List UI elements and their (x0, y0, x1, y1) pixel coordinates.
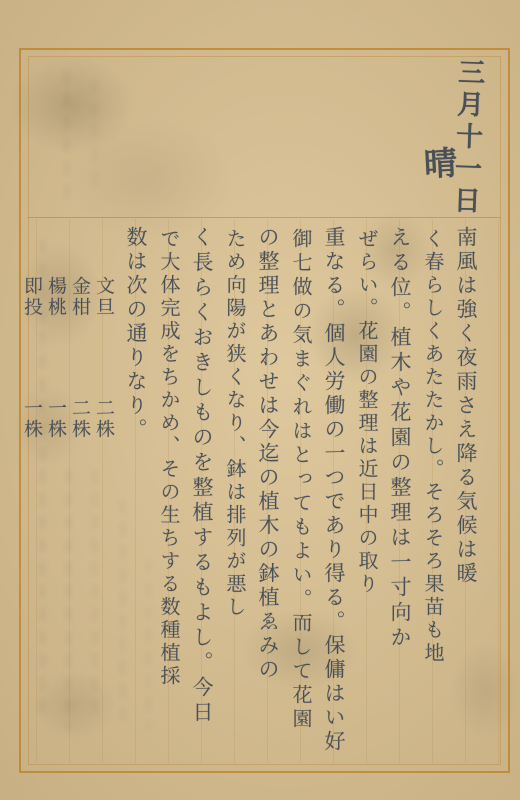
list-item-name: 文旦 (93, 276, 115, 319)
list-item: 文旦 二株 (92, 276, 116, 757)
ink-bleed-ghost (92, 80, 97, 190)
list-item-quantity: 一株 (45, 398, 67, 441)
list-item-name: 金柑 (69, 276, 91, 319)
ink-bleed-ghost (64, 70, 69, 200)
handwriting-column: く春らしくあたたかし。そろそろ果苗も地 (416, 228, 449, 764)
diary-page: 三月十一日 晴 南風は強く夜雨さえ降る気候は暖 く春らしくあたたかし。そろそろ果… (0, 0, 520, 800)
handwriting-column: える位。植木や花園の整理は一寸向か (383, 226, 416, 762)
handwriting-column: ため向陽が狭くなり、鉢は排列が悪し (218, 228, 251, 764)
tree-list: 文旦 二株 金柑 二株 楊桃 一株 即投 一株 (20, 276, 116, 756)
list-item: 楊桃 一株 (44, 276, 68, 757)
handwriting-column: 南風は強く夜雨さえ降る気候は暖 (449, 226, 482, 762)
list-item: 金柑 二株 (68, 276, 92, 757)
list-item-name: 楊桃 (45, 276, 67, 319)
date-column: 三月十一日 (444, 57, 489, 218)
weather-mark: 晴 (414, 145, 463, 180)
list-item: 即投 一株 (20, 276, 44, 757)
handwriting-body: 南風は強く夜雨さえ降る気候は暖 く春らしくあたたかし。そろそろ果苗も地 える位。… (119, 226, 482, 761)
list-item-quantity: 二株 (69, 398, 91, 441)
handwriting-column: 御七做の気まぐれはとってもよい。而して花園 (284, 228, 317, 764)
handwriting-column: 重なる。個人労働の一つであり得る。保傭はい好 (317, 226, 350, 762)
handwriting-column: 数は次の通りなり。 (119, 226, 152, 762)
handwriting-column: の整理とあわせは今迄の植木の鉢植ゑみの (251, 226, 284, 762)
header-separator-rule (28, 217, 501, 218)
list-item-name: 即投 (21, 276, 43, 319)
handwriting-column: で大体完成をちかめ、その生ちする数種植採 (152, 228, 185, 764)
handwriting-column: く長らくおきしものを整植するもよし。今日 (185, 226, 218, 762)
handwriting-column: ぜらい。花園の整理は近日中の取り (350, 228, 383, 764)
list-item-quantity: 一株 (21, 398, 43, 441)
list-item-quantity: 二株 (93, 398, 115, 441)
